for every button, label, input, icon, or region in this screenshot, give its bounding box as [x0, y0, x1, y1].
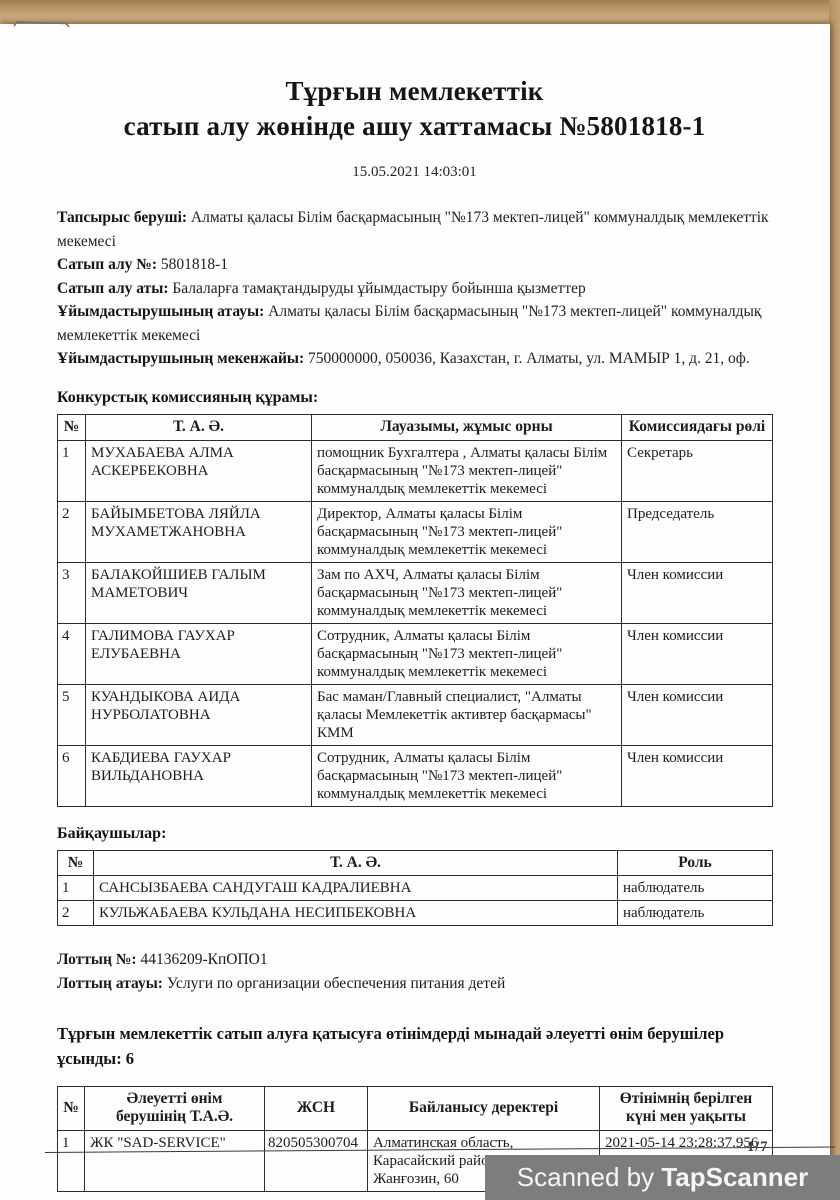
cell-iin: 820505300704: [265, 1130, 368, 1191]
cell-name: КУАНДЫКОВА АИДА НУРБОЛАТОВНА: [86, 684, 312, 745]
document-title: Тұрғын мемлекеттік сатып алу жөнінде ашу…: [57, 74, 772, 143]
scan-background-top-strip: [0, 0, 840, 25]
cell-num: 6: [58, 745, 86, 806]
observers-header-num: №: [58, 850, 94, 876]
table-row: 1 САНСЫЗБАЕВА САНДУГАШ КАДРАЛИЕВНА наблю…: [58, 876, 773, 901]
lot-block: Лоттың №: 44136209-КпОПО1 Лоттың атауы: …: [57, 948, 772, 996]
meta-purchase-number-label: Сатып алу №:: [57, 256, 157, 273]
document-datetime: 15.05.2021 14:03:01: [57, 164, 772, 181]
tapscanner-banner: Scanned by TapScanner: [485, 1155, 840, 1200]
scan-background-right-strip: [829, 0, 840, 1200]
observers-table: № Т. А. Ә. Роль 1 САНСЫЗБАЕВА САНДУГАШ К…: [57, 850, 773, 927]
observers-heading: Байқаушылар:: [57, 825, 772, 843]
banner-prefix-text: Scanned by: [517, 1162, 662, 1193]
cell-num: 2: [58, 501, 86, 562]
cell-num: 3: [58, 562, 86, 623]
cell-role: Член комиссии: [622, 745, 773, 806]
cell-role: Член комиссии: [622, 562, 773, 623]
commission-heading: Конкурстық комиссияның құрамы:: [57, 389, 772, 407]
commission-header-num: №: [58, 414, 86, 440]
document-content: Тұрғын мемлекеттік сатып алу жөнінде ашу…: [57, 24, 772, 1192]
meta-purchase-number-value: 5801818-1: [161, 256, 228, 273]
cell-position: помощник Бухгалтера , Алматы қаласы Білі…: [312, 440, 622, 501]
lot-name-line: Лоттың атауы: Услуги по организации обес…: [57, 972, 772, 996]
cell-name: КАБДИЕВА ГАУХАР ВИЛЬДАНОВНА: [86, 745, 312, 806]
cell-name: БАЙЫМБЕТОВА ЛЯЙЛА МУХАМЕТЖАНОВНА: [86, 501, 312, 562]
suppliers-header-name: Әлеуетті өнім берушінің Т.А.Ә.: [85, 1086, 265, 1130]
meta-purchase-number: Сатып алу №: 5801818-1: [57, 253, 772, 277]
cell-name: ЖК "SAD-SERVICE": [85, 1130, 265, 1191]
cell-num: 1: [58, 876, 94, 901]
table-row: 2 КУЛЬЖАБАЕВА КУЛЬДАНА НЕСИПБЕКОВНА набл…: [58, 901, 773, 926]
suppliers-header-iin: ЖСН: [265, 1086, 368, 1130]
observers-header-name: Т. А. Ә.: [94, 850, 618, 876]
lot-number-label: Лоттың №:: [57, 951, 137, 968]
cell-name: МУХАБАЕВА АЛМА АСКЕРБЕКОВНА: [86, 440, 312, 501]
meta-organizer-name: Ұйымдастырушының атауы: Алматы қаласы Бі…: [57, 300, 772, 347]
cell-role: Председатель: [622, 501, 773, 562]
observers-header-role: Роль: [618, 850, 773, 876]
suppliers-header-row: № Әлеуетті өнім берушінің Т.А.Ә. ЖСН Бай…: [58, 1086, 773, 1130]
cell-name: САНСЫЗБАЕВА САНДУГАШ КАДРАЛИЕВНА: [94, 876, 618, 901]
cell-position: Зам по АХЧ, Алматы қаласы Білім басқарма…: [312, 562, 622, 623]
observers-header-row: № Т. А. Ә. Роль: [58, 850, 773, 876]
cell-role: Секретарь: [622, 440, 773, 501]
cell-num: 5: [58, 684, 86, 745]
table-row: 6 КАБДИЕВА ГАУХАР ВИЛЬДАНОВНА Сотрудник,…: [58, 745, 773, 806]
cell-position: Сотрудник, Алматы қаласы Білім басқармас…: [312, 745, 622, 806]
commission-header-role: Комиссиядағы рөлі: [622, 414, 773, 440]
banner-brand-text: TapScanner: [661, 1162, 808, 1193]
meta-purchase-name-value: Балаларға тамақтандыруды ұйымдастыру бой…: [172, 280, 585, 297]
cell-num: 1: [58, 440, 86, 501]
meta-customer: Тапсырыс беруші: Алматы қаласы Білім бас…: [57, 206, 772, 253]
lot-number-line: Лоттың №: 44136209-КпОПО1: [57, 948, 772, 972]
cell-position: Сотрудник, Алматы қаласы Білім басқармас…: [312, 623, 622, 684]
commission-header-position: Лауазымы, жұмыс орны: [312, 414, 622, 440]
page-indicator: 1/7: [747, 1139, 769, 1156]
meta-purchase-name: Сатып алу аты: Балаларға тамақтандыруды …: [57, 277, 772, 301]
table-row: 2 БАЙЫМБЕТОВА ЛЯЙЛА МУХАМЕТЖАНОВНА Дирек…: [58, 501, 773, 562]
document-title-line1: Тұрғын мемлекеттік: [57, 74, 772, 109]
commission-header-row: № Т. А. Ә. Лауазымы, жұмыс орны Комиссия…: [58, 414, 773, 440]
lot-name-label: Лоттың атауы:: [57, 975, 163, 992]
cell-name: ГАЛИМОВА ГАУХАР ЕЛУБАЕВНА: [86, 623, 312, 684]
meta-organizer-address-label: Ұйымдастырушының мекенжайы:: [57, 350, 304, 367]
table-row: 1 МУХАБАЕВА АЛМА АСКЕРБЕКОВНА помощник Б…: [58, 440, 773, 501]
cell-position: Бас маман/Главный специалист, "Алматы қа…: [312, 684, 622, 745]
meta-organizer-address: Ұйымдастырушының мекенжайы: 750000000, 0…: [57, 347, 772, 371]
suppliers-header-contact: Байланысу деректері: [368, 1086, 600, 1130]
table-row: 3 БАЛАКОЙШИЕВ ГАЛЫМ МАМЕТОВИЧ Зам по АХЧ…: [58, 562, 773, 623]
cell-name: БАЛАКОЙШИЕВ ГАЛЫМ МАМЕТОВИЧ: [86, 562, 312, 623]
lot-number-value: 44136209-КпОПО1: [140, 951, 267, 968]
cell-name: КУЛЬЖАБАЕВА КУЛЬДАНА НЕСИПБЕКОВНА: [94, 901, 618, 926]
cell-role: Член комиссии: [622, 684, 773, 745]
cell-role: наблюдатель: [618, 901, 773, 926]
suppliers-header-submitted: Өтінімнің берілген күні мен уақыты: [600, 1086, 773, 1130]
lot-name-value: Услуги по организации обеспечения питани…: [167, 975, 505, 992]
document-meta-block: Тапсырыс беруші: Алматы қаласы Білім бас…: [57, 206, 772, 371]
cell-num: 2: [58, 901, 94, 926]
commission-header-name: Т. А. Ә.: [86, 414, 312, 440]
meta-organizer-address-value: 750000000, 050036, Казахстан, г. Алматы,…: [308, 350, 750, 367]
cell-role: наблюдатель: [618, 876, 773, 901]
bids-intro: Тұрғын мемлекеттік сатып алуға қатысуға …: [57, 1022, 772, 1072]
cell-position: Директор, Алматы қаласы Білім басқармасы…: [312, 501, 622, 562]
cell-role: Член комиссии: [622, 623, 773, 684]
meta-purchase-name-label: Сатып алу аты:: [57, 280, 169, 297]
cell-num: 1: [58, 1130, 85, 1191]
document-title-line2: сатып алу жөнінде ашу хаттамасы №5801818…: [57, 109, 772, 144]
suppliers-header-num: №: [58, 1086, 85, 1130]
table-row: 5 КУАНДЫКОВА АИДА НУРБОЛАТОВНА Бас маман…: [58, 684, 773, 745]
commission-table: № Т. А. Ә. Лауазымы, жұмыс орны Комиссия…: [57, 414, 773, 807]
scanned-page: { "scan": { "footer_brand_prefix": "Scan…: [0, 0, 840, 1200]
table-row: 4 ГАЛИМОВА ГАУХАР ЕЛУБАЕВНА Сотрудник, А…: [58, 623, 773, 684]
meta-customer-label: Тапсырыс беруші:: [57, 209, 187, 226]
cell-num: 4: [58, 623, 86, 684]
meta-organizer-name-label: Ұйымдастырушының атауы:: [57, 303, 264, 320]
